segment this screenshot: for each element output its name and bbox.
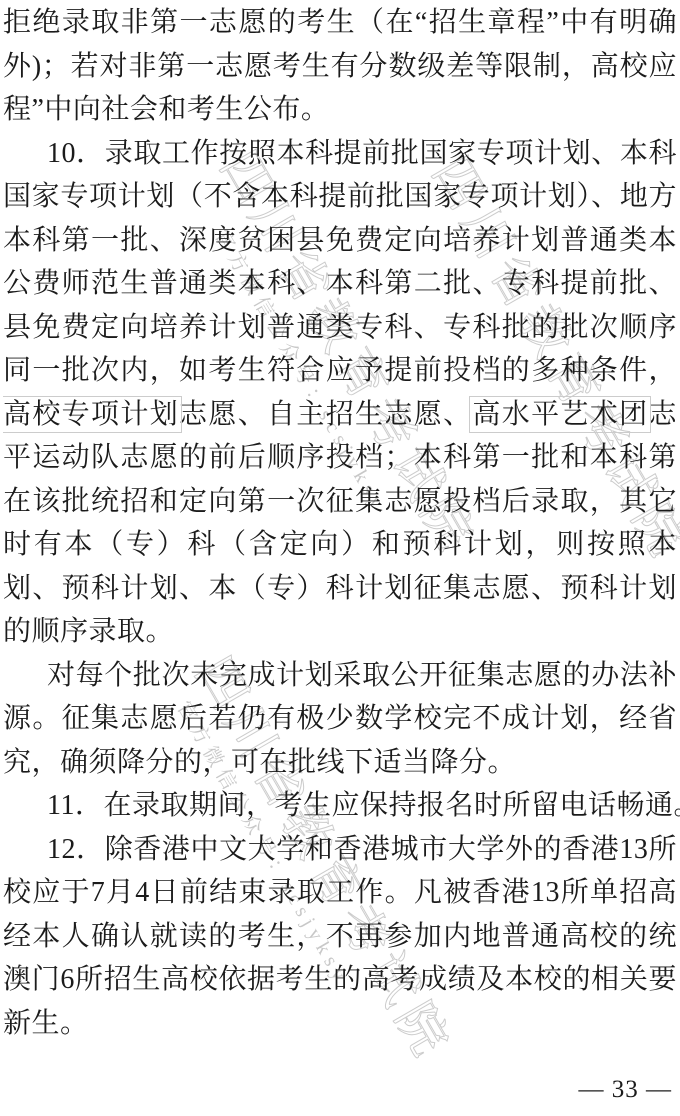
text-line: 划、预科计划、本（专）科计划征集志愿、预科计划征集志愿: [3, 567, 677, 611]
text-line: 县免费定向培养计划普通类专科、专科批的批次顺序依次进行；: [3, 306, 677, 350]
text-line: 经本人确认就读的考生，不再参加内地普通高校的统一录取。: [3, 915, 677, 959]
text-line: 拒绝录取非第一志愿的考生（在“招生章程”中有明确要求的除: [3, 1, 677, 45]
text-line: 11．在录取期间，考生应保持报名时所留电话畅通。: [3, 784, 677, 828]
text-line: 同一批次内，如考生符合应予提前投档的多种条件，则按考生: [3, 349, 677, 393]
text-line: 高校专项计划志愿、自主招生志愿、高水平艺术团志愿和高水: [3, 393, 677, 437]
text-line: 本科第一批、深度贫困县免费定向培养计划普通类本科及省级: [3, 219, 677, 263]
text-line: 澳门6所招生高校依据考生的高考成绩及本校的相关要求录取: [3, 958, 677, 1002]
text-line: 新生。: [3, 1002, 677, 1046]
text-line: 校应于7月4日前结束录取工作。凡被香港13所单招高校录取并: [3, 871, 677, 915]
text-line: 的顺序录取。: [3, 610, 677, 654]
text-line: 公费师范生普通类本科、本科第二批、专科提前批、深度贫困: [3, 262, 677, 306]
text-line: 程”中向社会和考生公布。: [3, 88, 677, 132]
text-line: 外)；若对非第一志愿考生有分数级差等限制，高校应在“招生章: [3, 45, 677, 89]
page-number: — 33 —: [579, 1076, 673, 1104]
document-lines: 拒绝录取非第一志愿的考生（在“招生章程”中有明确要求的除外)；若对非第一志愿考生…: [3, 1, 677, 1045]
text-line: 在该批统招和定向第一次征集志愿投档后录取，其它批次若同: [3, 480, 677, 524]
link-annotation[interactable]: 高水平艺术团: [472, 399, 648, 430]
text-line: 时有本（专）科（含定向）和预科计划，则按照本（专）科计: [3, 523, 677, 567]
text-line: 究，确须降分的，可在批线下适当降分。: [3, 741, 677, 785]
text-line: 国家专项计划（不含本科提前批国家专项计划）、地方专项计划、: [3, 175, 677, 219]
text-line: 对每个批次未完成计划采取公开征集志愿的办法补充生: [3, 654, 677, 698]
text-segment: 志愿、自主招生志愿、: [179, 399, 472, 430]
link-annotation[interactable]: 高校专项计划: [3, 399, 179, 430]
text-line: 源。征集志愿后若仍有极少数学校完不成计划，经省招考委研: [3, 697, 677, 741]
text-line: 平运动队志愿的前后顺序投档；本科第一批和本科第二批预科: [3, 436, 677, 480]
text-line: 10．录取工作按照本科提前批国家专项计划、本科提前批、: [3, 132, 677, 176]
text-line: 12．除香港中文大学和香港城市大学外的香港13所单招高: [3, 828, 677, 872]
